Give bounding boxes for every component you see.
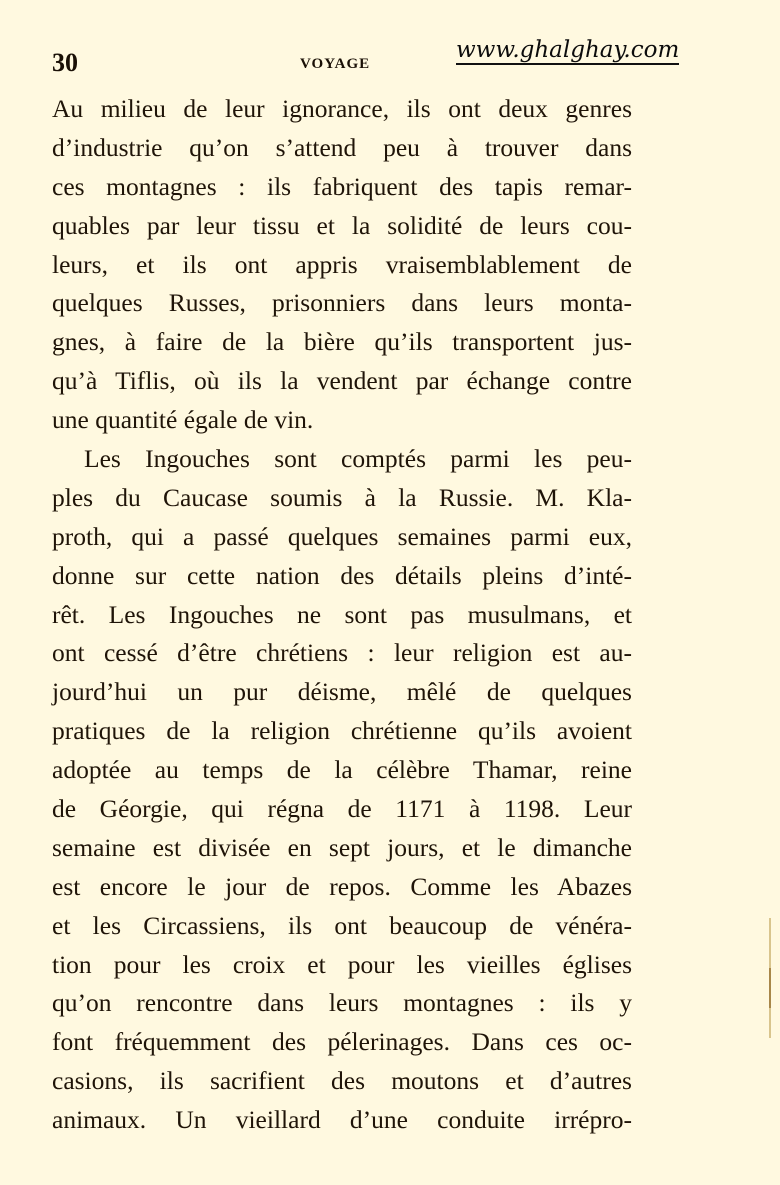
- text-line: Les Ingouches sont comptés parmi les peu…: [52, 440, 632, 479]
- text-line: et les Circassiens, ils ont beaucoup de …: [52, 907, 632, 946]
- text-line: semaine est divisée en sept jours, et le…: [52, 829, 632, 868]
- page-edge-mark: [769, 918, 771, 1038]
- text-line: ples du Caucase soumis à la Russie. M. K…: [52, 479, 632, 518]
- text-line: animaux. Un vieillard d’une conduite irr…: [52, 1101, 632, 1140]
- text-line: ces montagnes : ils fabriquent des tapis…: [52, 168, 632, 207]
- text-line: quables par leur tissu et la solidité de…: [52, 207, 632, 246]
- text-line: qu’on rencontre dans leurs montagnes : i…: [52, 984, 632, 1023]
- text-line: une quantité égale de vin.: [52, 401, 632, 440]
- text-line: Au milieu de leur ignorance, ils ont deu…: [52, 90, 632, 129]
- text-line: de Géorgie, qui régna de 1171 à 1198. Le…: [52, 790, 632, 829]
- text-line: donne sur cette nation des détails plein…: [52, 557, 632, 596]
- text-line: adoptée au temps de la célèbre Thamar, r…: [52, 751, 632, 790]
- text-line: tion pour les croix et pour les vieilles…: [52, 946, 632, 985]
- text-line: font fréquemment des pélerinages. Dans c…: [52, 1023, 632, 1062]
- text-line: qu’à Tiflis, où ils la vendent par échan…: [52, 362, 632, 401]
- paragraph-2: Les Ingouches sont comptés parmi les peu…: [52, 440, 632, 1140]
- running-title: VOYAGE: [300, 56, 370, 73]
- text-line: casions, ils sacrifient des moutons et d…: [52, 1062, 632, 1101]
- text-line: gnes, à faire de la bière qu’ils transpo…: [52, 323, 632, 362]
- paragraph-1: Au milieu de leur ignorance, ils ont deu…: [52, 90, 632, 440]
- text-line: d’industrie qu’on s’attend peu à trouver…: [52, 129, 632, 168]
- text-line: proth, qui a passé quelques semaines par…: [52, 518, 632, 557]
- text-line: jourd’hui un pur déisme, mêlé de quelque…: [52, 673, 632, 712]
- text-line: ont cessé d’être chrétiens : leur religi…: [52, 634, 632, 673]
- text-line: est encore le jour de repos. Comme les A…: [52, 868, 632, 907]
- text-line: pratiques de la religion chrétienne qu’i…: [52, 712, 632, 751]
- page-number: 30: [52, 48, 78, 78]
- book-page: 30 VOYAGE www.ghalghay.com Au milieu de …: [0, 0, 780, 1185]
- text-line: rêt. Les Ingouches ne sont pas musulmans…: [52, 596, 632, 635]
- watermark-link[interactable]: www.ghalghay.com: [456, 38, 679, 65]
- text-line: quelques Russes, prisonniers dans leurs …: [52, 284, 632, 323]
- text-line: leurs, et ils ont appris vraisemblableme…: [52, 246, 632, 285]
- body-text: Au milieu de leur ignorance, ils ont deu…: [52, 90, 632, 1140]
